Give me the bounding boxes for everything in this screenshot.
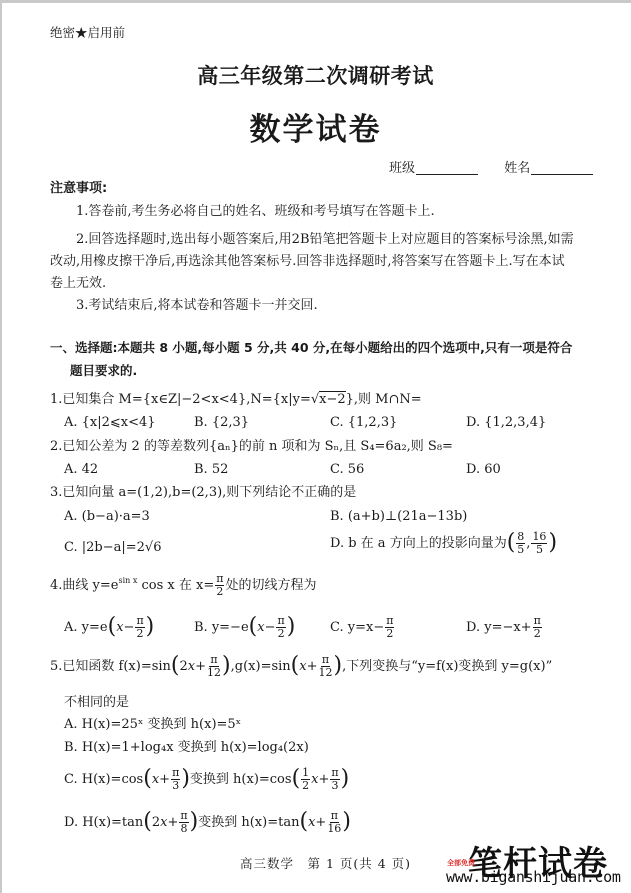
q4-stem-suffix: 处的切线方程为 — [225, 579, 316, 592]
right-paren: ) — [146, 616, 155, 638]
frac-den: 2 — [216, 586, 223, 598]
fraction-pi-8: π8 — [179, 810, 188, 834]
q1-stem-suffix: },则 M∩N= — [346, 392, 422, 407]
right-paren: ) — [181, 768, 190, 790]
frac-num: π — [209, 654, 218, 667]
q4-option-d-text: D. y=−x+ — [466, 621, 532, 634]
frac-den: 5 — [517, 544, 524, 556]
frac-num: π — [533, 615, 542, 628]
class-label: 班级 — [389, 161, 415, 176]
frac-den: 16 — [327, 823, 341, 835]
notice-item-2-cont: 改动,用橡皮擦干净后,再选涂其他答案标号.回答非选择题时,将答案写在答题卡上.写… — [50, 255, 565, 268]
question-4-stem: 4.曲线 y=esin x cos x 在 x= π2 处的切线方程为 — [50, 573, 316, 597]
frac-den: 2 — [302, 780, 309, 792]
watermark-url[interactable]: www.biganshijuan.com — [446, 868, 621, 886]
fraction-pi-3: π3 — [330, 767, 339, 791]
q4-option-d[interactable]: D. y=−x+π2 — [466, 615, 543, 639]
fraction-pi-2: π2 — [135, 615, 144, 639]
fraction-pi-2: π2 — [276, 615, 285, 639]
question-5-stem: 5.已知函数 f(x)=sin(2x+π12),g(x)=sin(x+π12),… — [50, 654, 552, 678]
right-paren: ) — [222, 655, 231, 677]
q2-option-c[interactable]: C. 56 — [330, 463, 364, 476]
q5-option-d-left: D. H(x)=tan — [64, 816, 143, 829]
q4-stem-mid: cos x 在 x= — [141, 579, 214, 592]
q1-stem-sets: M={x∈Z|−2<x<4},N={x|y= — [119, 392, 311, 407]
left-paren: ( — [171, 655, 180, 677]
right-paren: ) — [190, 811, 199, 833]
right-paren: ) — [342, 811, 351, 833]
right-paren: ) — [287, 616, 296, 638]
frac-num: π — [330, 767, 339, 780]
frac-num: 16 — [531, 531, 547, 544]
q4-exponent: sin x — [118, 577, 137, 585]
q5-stem-line2: 不相同的是 — [64, 696, 129, 709]
q2-option-b[interactable]: B. 52 — [194, 463, 228, 476]
confidential-label: 绝密★启用前 — [50, 23, 125, 41]
frac-den: 12 — [207, 667, 221, 679]
right-paren: ) — [341, 768, 350, 790]
fraction-8-5: 85 — [516, 531, 525, 555]
frac-den: 12 — [319, 667, 333, 679]
left-paren: ( — [249, 616, 258, 638]
notice-item-2: 2.回答选择题时,选出每小题答案后,用2B铅笔把答题卡上对应题目的答案标号涂黑,… — [76, 233, 574, 246]
q4-option-a-text: A. y=e — [64, 621, 108, 634]
frac-den: 3 — [172, 780, 179, 792]
fraction-16-5: 165 — [531, 531, 547, 555]
frac-num: π — [179, 810, 188, 823]
right-paren: ) — [548, 532, 557, 554]
q1-option-b[interactable]: B. {2,3} — [194, 416, 249, 429]
q2-option-d[interactable]: D. 60 — [466, 463, 501, 476]
page-footer: 高三数学 第 1 页(共 4 页) — [240, 854, 411, 872]
question-3-stem: 3.已知向量 a=(1,2),b=(2,3),则下列结论不正确的是 — [50, 486, 356, 499]
q1-option-c[interactable]: C. {1,2,3} — [330, 416, 397, 429]
exam-title: 高三年级第二次调研考试 — [0, 60, 631, 90]
q5-stem-c: ,下列变换与“y=f(x)变换到 y=g(x)” — [342, 660, 552, 673]
fraction-pi-16: π16 — [327, 810, 341, 834]
q5-option-d[interactable]: D. H(x)=tan(2x+π8)变换到 h(x)=tan(x+π16) — [64, 810, 351, 834]
name-label: 姓名 — [504, 161, 530, 176]
frac-den: 2 — [534, 628, 541, 640]
frac-den: 2 — [386, 628, 393, 640]
q5-option-d-mid: 变换到 h(x)=tan — [198, 816, 299, 829]
viewer-top-border — [0, 0, 631, 3]
q3-option-c[interactable]: C. |2b−a|=2√6 — [64, 541, 161, 554]
frac-den: 3 — [332, 780, 339, 792]
section-heading-line2: 题目要求的. — [70, 365, 137, 378]
question-1-stem: 1.已知集合 M={x∈Z|−2<x<4},N={x|y=√x−2},则 M∩N… — [50, 393, 422, 406]
right-paren: ) — [334, 655, 343, 677]
notice-item-2-end: 卷上无效. — [50, 277, 106, 290]
subject-title: 数学试卷 — [0, 104, 631, 149]
frac-num: π — [135, 615, 144, 628]
left-paren: ( — [507, 532, 516, 554]
q1-stem-prefix: 1.已知集合 — [50, 392, 119, 407]
q3-option-a[interactable]: A. (b−a)·a=3 — [64, 510, 150, 523]
q5-option-c-left: C. H(x)=cos — [64, 773, 143, 786]
question-2-stem: 2.已知公差为 2 的等差数列{aₙ}的前 n 项和为 Sₙ,且 S₄=6a₂,… — [50, 440, 453, 453]
frac-den: 2 — [137, 628, 144, 640]
q1-option-a[interactable]: A. {x|2⩽x<4} — [64, 416, 156, 429]
q1-option-d[interactable]: D. {1,2,3,4} — [466, 416, 546, 429]
q3-option-d-text: D. b 在 a 方向上的投影向量为 — [330, 537, 507, 550]
fraction-1-2: 12 — [301, 767, 310, 791]
frac-den: 2 — [278, 628, 285, 640]
q4-option-c[interactable]: C. y=x−π2 — [330, 615, 395, 639]
q5-option-c-mid: 变换到 h(x)=cos — [190, 773, 292, 786]
frac-num: π — [385, 615, 394, 628]
notice-item-1: 1.答卷前,考生务必将自己的姓名、班级和考号填写在答题卡上. — [76, 205, 435, 218]
left-paren: ( — [291, 655, 300, 677]
class-blank[interactable] — [416, 161, 478, 175]
frac-num: π — [330, 810, 339, 823]
left-paren: ( — [143, 811, 152, 833]
left-paren: ( — [292, 768, 301, 790]
fraction-pi-2: π2 — [533, 615, 542, 639]
q2-option-a[interactable]: A. 42 — [64, 463, 98, 476]
frac-den: 5 — [536, 544, 543, 556]
q4-option-b[interactable]: B. y=−e(x−π2) — [194, 615, 295, 639]
q5-stem-a: 5.已知函数 f(x)=sin — [50, 660, 171, 673]
fraction-pi-2: π2 — [385, 615, 394, 639]
fraction-pi-3: π3 — [171, 767, 180, 791]
section-heading-line1: 一、选择题:本题共 8 小题,每小题 5 分,共 40 分,在每小题给出的四个选… — [50, 342, 572, 355]
q4-stem-prefix: 4.曲线 y=e — [50, 579, 118, 592]
q4-option-a[interactable]: A. y=e(x−π2) — [64, 615, 154, 639]
frac-num: 8 — [516, 531, 525, 544]
left-paren: ( — [108, 616, 117, 638]
frac-num: 1 — [301, 767, 310, 780]
q3-option-d[interactable]: D. b 在 a 方向上的投影向量为 ( 85, 165 ) — [330, 531, 557, 555]
q3-option-b[interactable]: B. (a+b)⊥(21a−13b) — [330, 510, 467, 523]
q5-option-c[interactable]: C. H(x)=cos(x+π3)变换到 h(x)=cos(12x+π3) — [64, 767, 349, 791]
frac-num: π — [321, 654, 330, 667]
name-blank[interactable] — [531, 161, 593, 175]
notice-heading: 注意事项: — [50, 182, 107, 195]
frac-num: π — [215, 573, 224, 586]
fraction-pi-12: π12 — [319, 654, 333, 678]
q4-option-b-text: B. y=−e — [194, 621, 249, 634]
q1-sqrt-content: x−2 — [319, 391, 346, 407]
frac-num: π — [171, 767, 180, 780]
watermark-tag: 全部免费 — [447, 858, 475, 868]
left-paren: ( — [143, 768, 152, 790]
q5-stem-b: ,g(x)=sin — [231, 660, 291, 673]
q5-option-b[interactable]: B. H(x)=1+log₄x 变换到 h(x)=log₄(2x) — [64, 741, 309, 754]
notice-item-3: 3.考试结束后,将本试卷和答题卡一并交回. — [76, 299, 318, 312]
fraction-pi-2: π2 — [215, 573, 224, 597]
frac-num: π — [276, 615, 285, 628]
q4-option-c-text: C. y=x− — [330, 621, 384, 634]
fraction-pi-12: π12 — [207, 654, 221, 678]
left-paren: ( — [299, 811, 308, 833]
q5-option-a[interactable]: A. H(x)=25ˣ 变换到 h(x)=5ˣ — [64, 718, 241, 731]
frac-den: 8 — [181, 823, 188, 835]
class-name-fields: 班级 姓名 — [389, 161, 593, 175]
